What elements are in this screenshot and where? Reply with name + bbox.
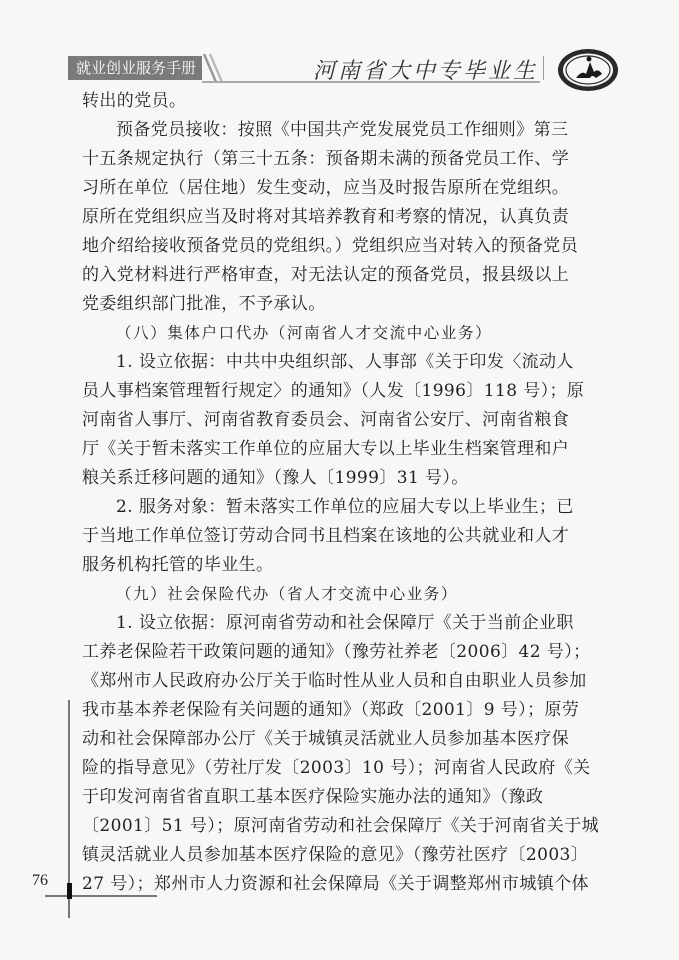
text-line: 河南省人事厅、河南省教育委员会、河南省公安厅、河南省粮食 [82, 406, 602, 435]
text-line: 员人事档案管理暂行规定〉的通知》（人发〔1996〕118 号）；原 [82, 377, 602, 406]
text-line: 十五条规定执行（第三十五条：预备期未满的预备党员工作、学 [82, 145, 602, 174]
text-line: 〔2001〕51 号）；原河南省劳动和社会保障厅《关于河南省关于城 [82, 812, 602, 841]
footer-horizontal-rule [45, 895, 157, 897]
running-header: 就业创业服务手册 河南省大中专毕业生 [68, 54, 620, 84]
text-line: 地介绍给接收预备党员的党组织。）党组织应当对转入的预备党员 [82, 232, 602, 261]
text-line: 原所在党组织应当及时将对其培养教育和考察的情况，认真负责 [82, 203, 602, 232]
text-line: 于印发河南省省直职工基本医疗保险实施办法的通知》（豫政 [82, 783, 602, 812]
text-line: 服务机构托管的毕业生。 [82, 551, 602, 580]
text-line: 于当地工作单位签订劳动合同书且档案在该地的公共就业和人才 [82, 522, 602, 551]
text-line: 险的指导意见》（劳社厅发〔2003〕10 号）；河南省人民政府《关 [82, 754, 602, 783]
page-body: 转出的党员。预备党员接收：按照《中国共产党发展党员工作细则》第三十五条规定执行（… [82, 87, 602, 899]
emblem-logo-icon [556, 48, 620, 92]
text-line: 27 号）；郑州市人力资源和社会保障局《关于调整郑州市城镇个体 [82, 870, 602, 899]
section-heading: （九）社会保险代办（省人才交流中心业务） [82, 580, 602, 609]
text-line: 粮关系迁移问题的通知》（豫人〔1999〕31 号）。 [82, 464, 602, 493]
page-marker [67, 883, 72, 899]
text-line: 《郑州市人民政府办公厅关于临时性从业人员和自由职业人员参加 [82, 667, 602, 696]
text-line: 厅《关于暂未落实工作单位的应届大专以上毕业生档案管理和户 [82, 435, 602, 464]
text-line: 动和社会保障部办公厅《关于城镇灵活就业人员参加基本医疗保 [82, 725, 602, 754]
text-line: 预备党员接收：按照《中国共产党发展党员工作细则》第三 [82, 116, 602, 145]
text-line: 我市基本养老保险有关问题的通知》（郑政〔2001〕9 号）；原劳 [82, 696, 602, 725]
header-slash-decoration-icon [202, 54, 224, 82]
text-line: 1. 设立依据：原河南省劳动和社会保障厅《关于当前企业职 [82, 609, 602, 638]
text-line: 2. 服务对象：暂未落实工作单位的应届大专以上毕业生；已 [82, 493, 602, 522]
text-line: 党委组织部门批准，不予承认。 [82, 290, 602, 319]
header-title: 河南省大中专毕业生 [313, 54, 538, 85]
text-line: 转出的党员。 [82, 87, 602, 116]
page-number: 76 [32, 872, 48, 890]
text-line: 1. 设立依据：中共中央组织部、人事部《关于印发〈流动人 [82, 348, 602, 377]
text-line: 的入党材料进行严格审查，对无法认定的预备党员，报县级以上 [82, 261, 602, 290]
section-heading: （八）集体户口代办（河南省人才交流中心业务） [82, 319, 602, 348]
text-line: 镇灵活就业人员参加基本医疗保险的意见》（豫劳社医疗〔2003〕 [82, 841, 602, 870]
text-line: 工养老保险若干政策问题的通知》（豫劳社养老〔2006〕42 号）； [82, 638, 602, 667]
text-line: 习所在单位（居住地）发生变动，应当及时报告原所在党组织。 [82, 174, 602, 203]
header-separator [543, 56, 544, 80]
book-series-tag: 就业创业服务手册 [68, 56, 202, 80]
